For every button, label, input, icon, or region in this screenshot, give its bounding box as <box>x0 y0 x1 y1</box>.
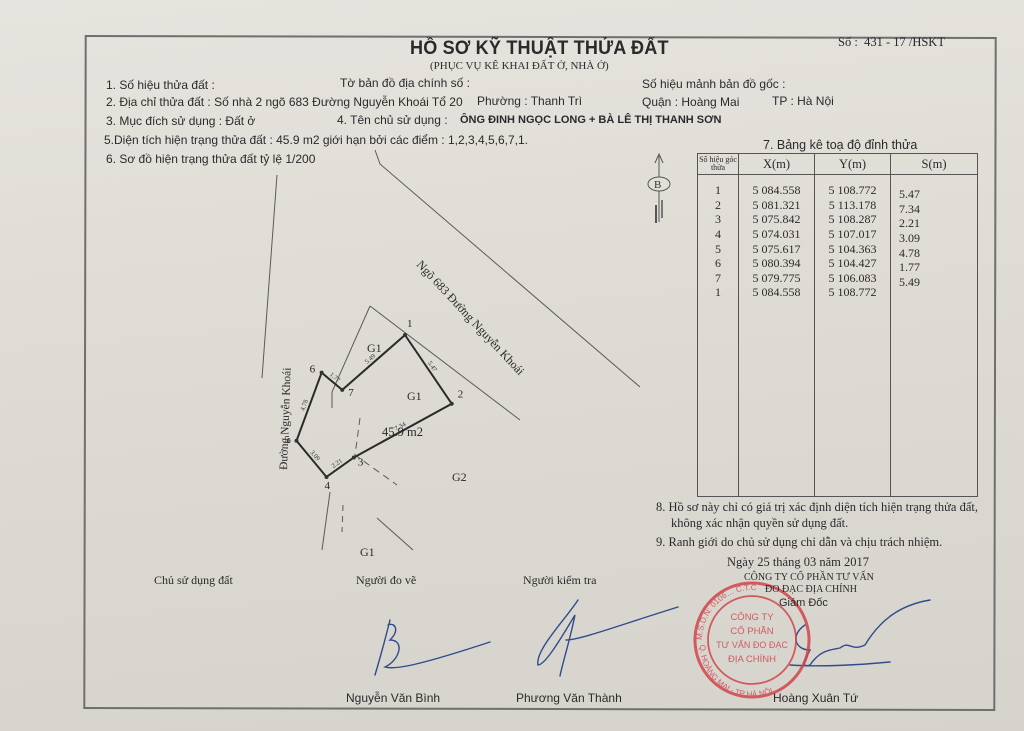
director-name: Hoàng Xuân Tứ <box>773 691 858 705</box>
vertex-label: 3 <box>358 456 364 468</box>
svg-text:ĐỊA CHÍNH: ĐỊA CHÍNH <box>728 654 776 665</box>
vertex-marker <box>352 455 356 459</box>
director-signature <box>790 600 930 666</box>
edge-length-label: 3.09 <box>308 449 321 462</box>
company-name-line1: CÔNG TY CỔ PHẦN TƯ VẤN <box>744 572 874 583</box>
checker-signature-label: Người kiểm tra <box>523 573 597 588</box>
owner-signature-label: Chủ sử dụng đất <box>154 573 233 588</box>
vertex-label: 2 <box>458 389 464 401</box>
vertex-label: 6 <box>310 364 316 376</box>
vertex-label: 1 <box>407 318 413 330</box>
checker-name: Phương Văn Thành <box>516 691 622 705</box>
signing-date: Ngày 25 tháng 03 năm 2017 <box>727 555 869 570</box>
neighbor-line-bottom-right <box>377 518 413 550</box>
note-8-line1: 8. Hồ sơ này chỉ có giá trị xác định diệ… <box>656 500 978 515</box>
company-name-line2: ĐO ĐẠC ĐỊA CHÍNH <box>765 584 857 595</box>
surveyor-name: Nguyễn Văn Bình <box>346 691 440 705</box>
lane-edge-line <box>370 306 520 420</box>
note-8-line2: không xác nhận quyền sử dụng đất. <box>671 516 848 531</box>
svg-text:TƯ VẤN ĐO ĐẠC: TƯ VẤN ĐO ĐẠC <box>716 640 788 650</box>
note-9: 9. Ranh giới do chủ sử dụng chỉ dẫn và c… <box>656 535 942 550</box>
vertex-marker <box>340 388 344 392</box>
vertex-label: 4 <box>324 480 330 492</box>
director-title: Giám Đốc <box>779 597 828 609</box>
parcel-diagram: 1234567 5.477.342.213.094.781.775.49 G1 … <box>0 0 1024 731</box>
vertex-marker <box>294 439 298 443</box>
main-road-left-line <box>262 175 277 378</box>
checker-signature <box>538 600 678 676</box>
vertex-marker <box>324 475 328 479</box>
vertex-marker <box>403 333 407 337</box>
svg-text:CÔNG TY: CÔNG TY <box>730 612 774 623</box>
neighbor-line-bottom-left <box>322 492 330 550</box>
vertex-label: 7 <box>348 387 354 399</box>
parcel-area-label: 45.9 m2 <box>382 425 423 439</box>
zone-label-g1: G1 <box>367 341 382 355</box>
svg-text:CỔ PHẦN: CỔ PHẦN <box>730 625 773 637</box>
main-road-label: Đường Nguyễn Khoái <box>277 367 294 470</box>
document-page: HỒ SƠ KỸ THUẬT THỬA ĐẤT (PHỤC VỤ KÊ KHAI… <box>0 0 1024 731</box>
zone-label-g2: G2 <box>452 470 467 484</box>
vertex-marker <box>450 402 454 406</box>
dashed-bottom-boundary <box>342 505 343 532</box>
zone-label-g1: G1 <box>407 389 422 403</box>
vertex-marker <box>320 371 324 375</box>
north-symbol-label: B <box>654 179 661 191</box>
surveyor-signature <box>375 620 490 675</box>
zone-label-g1: G1 <box>360 545 375 559</box>
surveyor-signature-label: Người đo vẽ <box>356 573 416 588</box>
